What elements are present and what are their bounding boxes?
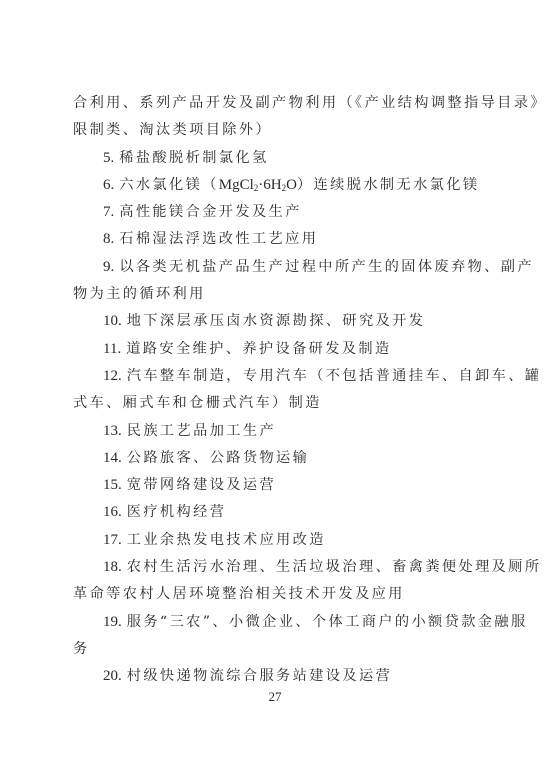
list-item-7: 7.高性能镁合金开发及生产 (73, 199, 479, 226)
item-number: 19. (103, 614, 122, 630)
paragraph-continuation-line: 物为主的循环利用 (73, 281, 479, 308)
item-number: 7. (103, 204, 114, 220)
list-item-13: 13.民族工艺品加工生产 (73, 418, 479, 445)
list-item-11: 11.道路安全维护、养护设备研发及制造 (73, 336, 479, 363)
item-text: 公路旅客、公路货物运输 (127, 450, 309, 466)
item-text: 石棉湿法浮选改性工艺应用 (119, 231, 318, 247)
paragraph-continuation-line: 式车、厢式车和仓栅式汽车）制造 (73, 390, 479, 417)
item-number: 17. (103, 532, 122, 548)
item-text: 医疗机构经营 (127, 504, 227, 520)
list-item-5: 5.稀盐酸脱析制氯化氢 (73, 145, 479, 172)
item-text: 村级快递物流综合服务站建设及运营 (127, 668, 392, 684)
item-number: 20. (103, 668, 122, 684)
list-item-6: 6.六水氯化镁（MgCl2·6H2O）连续脱水制无水氯化镁 (73, 172, 479, 199)
item-number: 18. (103, 559, 122, 575)
item-text: 服务“三农”、小微企业、个体工商户的小额贷款金融服 (127, 614, 528, 630)
item-text: 六水氯化镁（ (119, 177, 219, 193)
item-number: 6. (103, 177, 114, 193)
list-item-16: 16.医疗机构经营 (73, 499, 479, 526)
paragraph-continuation-line: 务 (73, 636, 479, 663)
document-page: 合利用、系列产品开发及副产物利用（《产业结构调整指导目录》 限制类、淘汰类项目除… (0, 0, 550, 777)
page-number: 27 (0, 689, 550, 705)
item-number: 15. (103, 477, 122, 493)
list-item-10: 10.地下深层承压卤水资源勘探、研究及开发 (73, 308, 479, 335)
paragraph-continuation-line: 革命等农村人居环境整治相关技术开发及应用 (73, 581, 479, 608)
item-text: 农村生活污水治理、生活垃圾治理、畜禽粪便处理及厕所 (127, 559, 542, 575)
item-number: 11. (103, 341, 121, 357)
item-text: 地下深层承压卤水资源勘探、研究及开发 (127, 313, 426, 329)
item-text: 道路安全维护、养护设备研发及制造 (126, 341, 391, 357)
item-text: 汽车整车制造，专用汽车（不包括普通挂车、自卸车、罐 (127, 368, 542, 384)
list-item-9: 9.以各类无机盐产品生产过程中所产生的固体废弃物、副产 (73, 254, 479, 281)
list-item-14: 14.公路旅客、公路货物运输 (73, 445, 479, 472)
item-number: 14. (103, 450, 122, 466)
list-item-15: 15.宽带网络建设及运营 (73, 472, 479, 499)
item-text: 高性能镁合金开发及生产 (119, 204, 301, 220)
paragraph-continuation-line: 合利用、系列产品开发及副产物利用（《产业结构调整指导目录》 (73, 90, 479, 117)
item-number: 8. (103, 231, 114, 247)
list-item-18: 18.农村生活污水治理、生活垃圾治理、畜禽粪便处理及厕所 (73, 554, 479, 581)
item-number: 13. (103, 423, 122, 439)
item-text: 工业余热发电技术应用改造 (127, 532, 326, 548)
item-number: 12. (103, 368, 122, 384)
item-text: ）连续脱水制无水氯化镁 (297, 177, 479, 193)
item-text: 民族工艺品加工生产 (127, 423, 276, 439)
chemical-formula: MgCl2·6H2O (219, 177, 297, 193)
list-item-17: 17.工业余热发电技术应用改造 (73, 527, 479, 554)
item-number: 5. (103, 150, 114, 166)
item-number: 9. (103, 259, 114, 275)
item-number: 10. (103, 313, 122, 329)
list-item-19: 19.服务“三农”、小微企业、个体工商户的小额贷款金融服 (73, 609, 479, 636)
item-text: 宽带网络建设及运营 (127, 477, 276, 493)
document-body: 合利用、系列产品开发及副产物利用（《产业结构调整指导目录》 限制类、淘汰类项目除… (73, 90, 479, 691)
list-item-8: 8.石棉湿法浮选改性工艺应用 (73, 226, 479, 253)
list-item-12: 12.汽车整车制造，专用汽车（不包括普通挂车、自卸车、罐 (73, 363, 479, 390)
list-item-20: 20.村级快递物流综合服务站建设及运营 (73, 663, 479, 690)
paragraph-continuation-line: 限制类、淘汰类项目除外） (73, 117, 479, 144)
item-text: 稀盐酸脱析制氯化氢 (119, 150, 268, 166)
item-number: 16. (103, 504, 122, 520)
item-text: 以各类无机盐产品生产过程中所产生的固体废弃物、副产 (119, 259, 534, 275)
